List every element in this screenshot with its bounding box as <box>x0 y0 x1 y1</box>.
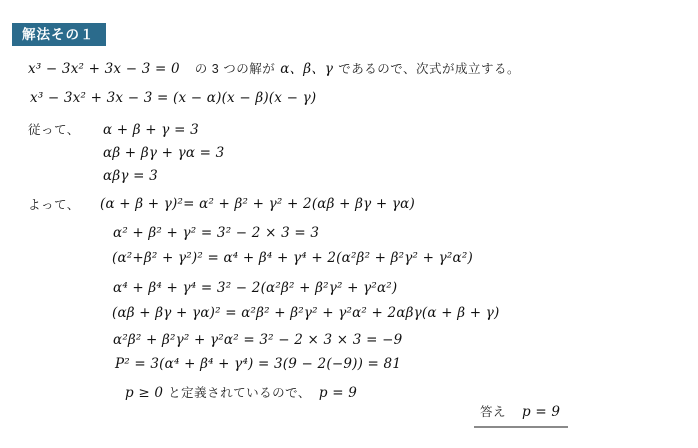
answer-value: p = 9 <box>522 404 560 420</box>
conclusion-result: p = 9 <box>319 385 357 401</box>
derivation-first-equation: (α + β + γ)²= α² + β² + γ² + 2(αβ + βγ +… <box>100 195 415 213</box>
solution-badge: 解法その１ <box>12 23 106 46</box>
derivation-label: よって、 <box>28 196 80 214</box>
roots-symbols: α、β、γ <box>280 61 333 77</box>
solution-document: 解法その１ x³ − 3x² + 3x − 3 = 0の 3 つの解がα、β、γ… <box>0 0 698 448</box>
factored-identity: x³ − 3x² + 3x − 3 = (x − α)(x − β)(x − γ… <box>30 90 316 106</box>
answer-label: 答え <box>480 405 506 419</box>
conclusion-condition: p ≥ 0 <box>125 385 163 401</box>
intro-text-after: であるので、次式が成立する。 <box>338 62 520 76</box>
vieta-equation-product: αβγ = 3 <box>103 167 158 185</box>
derivation-step-3: α⁴ + β⁴ + γ⁴ = 3² − 2(α²β² + β²γ² + γ²α²… <box>113 279 397 297</box>
conclusion-text: と定義されているので、 <box>168 386 311 400</box>
vieta-equation-sum: α + β + γ = 3 <box>103 121 199 139</box>
intro-line: x³ − 3x² + 3x − 3 = 0の 3 つの解がα、β、γであるので、… <box>28 60 520 78</box>
factored-identity-line: x³ − 3x² + 3x − 3 = (x − α)(x − β)(x − γ… <box>30 89 316 107</box>
answer-box: 答えp = 9 <box>474 402 568 428</box>
vieta-label: 従って、 <box>28 121 80 139</box>
intro-text-before: の 3 つの解が <box>195 62 275 76</box>
conclusion-line: p ≥ 0と定義されているので、p = 9 <box>125 384 357 402</box>
derivation-step-5: α²β² + β²γ² + γ²α² = 3² − 2 × 3 × 3 = −9 <box>113 331 402 349</box>
derivation-step-1: α² + β² + γ² = 3² − 2 × 3 = 3 <box>113 224 319 242</box>
cubic-equation: x³ − 3x² + 3x − 3 = 0 <box>28 61 180 77</box>
derivation-step-2: (α²+β² + γ²)² = α⁴ + β⁴ + γ⁴ + 2(α²β² + … <box>112 249 473 267</box>
vieta-equation-pairs: αβ + βγ + γα = 3 <box>103 144 224 162</box>
derivation-step-4: (αβ + βγ + γα)² = α²β² + β²γ² + γ²α² + 2… <box>112 304 499 322</box>
derivation-step-6: P² = 3(α⁴ + β⁴ + γ⁴) = 3(9 − 2(−9)) = 81 <box>115 355 401 373</box>
